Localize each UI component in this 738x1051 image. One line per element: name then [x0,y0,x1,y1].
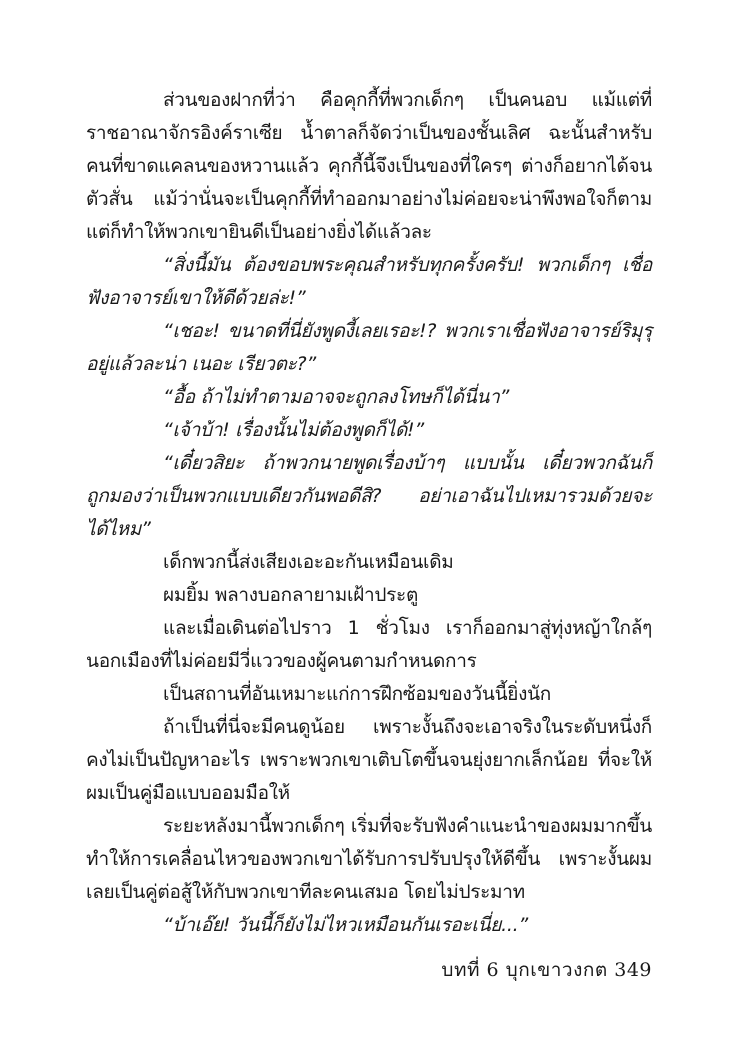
page-body: ส่วนของฝากที่ว่า คือคุกกี้ที่พวกเด็กๆ เป… [86,84,652,942]
text-line-9: อยู่แล้วละน่า เนอะ เรียวตะ?” [86,348,652,381]
text-line-11: “เจ้าบ้า! เรื่องนั้นไม่ต้องพูดก็ได้!” [86,414,652,447]
text-line-1: ส่วนของฝากที่ว่า คือคุกกี้ที่พวกเด็กๆ เป… [86,84,652,117]
text-line-19: เป็นสถานที่อันเหมาะแก่การฝึกซ้อมของวันนี… [86,678,652,711]
running-footer: บทที่ 6 บุกเขาวงกต 349 [420,955,652,985]
text-line-16: ผมยิ้ม พลางบอกลายามเฝ้าประตู [86,579,652,612]
text-line-23: ระยะหลังมานี้พวกเด็กๆ เริ่มที่จะรับฟังคำ… [86,810,652,843]
text-line-2: ราชอาณาจักรอิงค์ราเซีย น้ำตาลก็จัดว่าเป็… [86,117,652,150]
text-line-17: และเมื่อเดินต่อไปราว 1 ชั่วโมง เราก็ออกม… [86,612,652,645]
text-line-12: “เดี๋ยวสิยะ ถ้าพวกนายพูดเรื่องบ้าๆ แบบนั… [86,447,652,480]
text-line-25: เลยเป็นคู่ต่อสู้ให้กับพวกเขาทีละคนเสมอ โ… [86,876,652,909]
text-line-10: “อื้อ ถ้าไม่ทำตามอาจจะถูกลงโทษก็ได้นี่นา… [86,381,652,414]
text-line-4: ตัวสั่น แม้ว่านั่นจะเป็นคุกกี้ที่ทำออกมา… [86,183,652,216]
text-line-3: คนที่ขาดแคลนของหวานแล้ว คุกกี้นี้จึงเป็น… [86,150,652,183]
text-line-13: ถูกมองว่าเป็นพวกแบบเดียวกันพอดีสิ? อย่าเ… [86,480,652,513]
text-line-20: ถ้าเป็นที่นี่จะมีคนดูน้อย เพราะงั้นถึงจะ… [86,711,652,744]
text-line-15: เด็กพวกนี้ส่งเสียงเอะอะกันเหมือนเดิม [86,546,652,579]
text-line-8: “เชอะ! ขนาดที่นี่ยังพูดงี้เลยเรอะ!? พวกเ… [86,315,652,348]
text-line-24: ทำให้การเคลื่อนไหวของพวกเขาได้รับการปรับ… [86,843,652,876]
text-line-21: คงไม่เป็นปัญหาอะไร เพราะพวกเขาเติบโตขึ้น… [86,744,652,777]
text-line-26: “บ้าเอ๊ย! วันนี้ก็ยังไม่ไหวเหมือนกันเรอะ… [86,909,652,942]
text-line-14: ได้ไหม” [86,513,652,546]
text-line-22: ผมเป็นคู่มือแบบออมมือให้ [86,777,652,810]
text-line-6: “สิ่งนี้มัน ต้องขอบพระคุณสำหรับทุกครั้งค… [86,249,652,282]
text-line-5: แต่ก็ทำให้พวกเขายินดีเป็นอย่างยิ่งได้แล้… [86,216,652,249]
text-line-18: นอกเมืองที่ไม่ค่อยมีวี่แววของผู้คนตามกำห… [86,645,652,678]
text-line-7: ฟังอาจารย์เขาให้ดีด้วยล่ะ!” [86,282,652,315]
